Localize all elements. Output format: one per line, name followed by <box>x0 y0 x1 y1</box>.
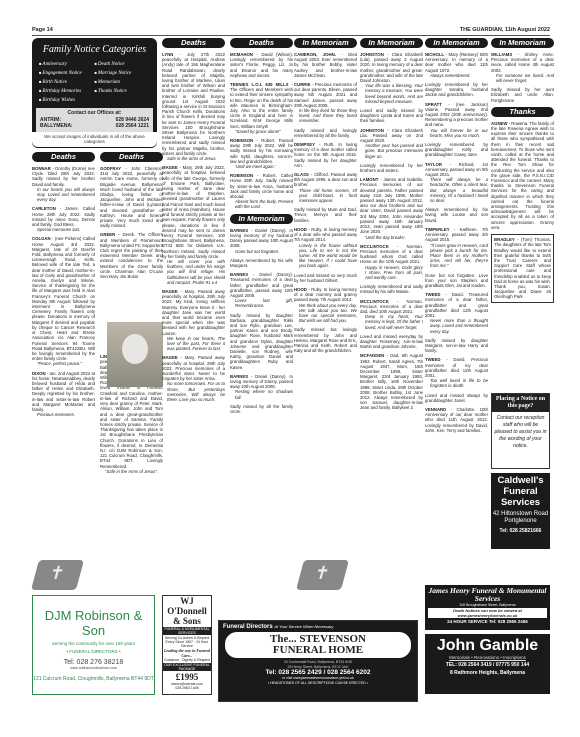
notice: Sadly missed and lovingly remembered by … <box>294 128 357 138</box>
notice-text: Loved and missed so very much by her hus… <box>294 273 357 283</box>
section-header-deaths: Deaths <box>100 152 163 162</box>
ad-caldwell: Caldwell's Funeral Services 42 Hiltonsto… <box>491 473 550 549</box>
ad-address: 100 Broughshane Street, Ballymena <box>425 603 550 607</box>
notice: CARLETON - James. Called Home 28th July … <box>32 206 95 232</box>
ad-subtitle: FUNERAL & MONUMENTAL SERVICES <box>163 627 211 635</box>
notice-text: Loved and sadly missed by daughters Lynd… <box>360 108 423 123</box>
accept-note: We accept images of individuals in all o… <box>32 132 157 147</box>
notice: MCCLINTOCK - Norman. Precious memories o… <box>360 299 423 330</box>
notice-verse: Too well loved in life to be forgotten i… <box>425 378 488 388</box>
notice: GREER - Derek. The Officers and Members … <box>100 232 163 279</box>
notice: MCCLINTOCK - Norman. Precious memories o… <box>360 244 423 280</box>
notice: MAGEE - Mary. Passed away peacefully at … <box>162 289 225 351</box>
notice-verse: We keep in our hearts, The love of the p… <box>162 336 225 352</box>
notice: Lovingly remembered by her brothers and … <box>360 163 423 173</box>
notice: BARNES - Daniel (Danny). Treasured memor… <box>230 272 293 308</box>
notice-verse: Gone but not forgotten. <box>230 249 293 254</box>
notice-verse: Deep in my heart, Your memory is kept, O… <box>360 314 423 330</box>
category-item: Thanks Notice <box>95 87 151 96</box>
ad-services: Memorials • Renovations • Inscriptions <box>425 655 550 660</box>
notice-text: Gone but not forgotten. Love from your s… <box>425 273 488 288</box>
placing-title: Placing a Notice on this page? <box>492 394 549 412</box>
notice: Lovingly remembered and sadly missed by … <box>360 284 423 294</box>
notice: HOOD - Ruby. In loving memory of a dear … <box>294 287 357 323</box>
section-header-memoriam: In Memoriam <box>360 38 423 48</box>
notice: Sadly missed but lovingly remembered by … <box>294 327 357 353</box>
section-header-deaths: Deaths <box>162 38 225 48</box>
notice-text: - Dad, 6th August 1962. Robert, Sarah Ag… <box>360 353 423 410</box>
notice: WILLIAMS - Shirley Anne. Precious memori… <box>491 52 554 83</box>
notice: HOOD - Ruby. In loving memory of a dear … <box>294 227 357 269</box>
column-deaths-1: DeathsBONNAR - Dorothy (Dorrie) nee Clyd… <box>32 152 95 421</box>
notice-text: Always remembered by his wife Margaret. <box>230 258 293 268</box>
ad-djm-robinson: DJM Robinson & Son Serving the community… <box>32 595 155 695</box>
notice: JOHNSTON - Clara Elizabeth (Lila), passe… <box>360 52 423 104</box>
notice: TAYLOR - Richard. 1st Anniversary, passe… <box>425 162 488 204</box>
notice: DEMPSEY - Ruth. In loving memory of a de… <box>294 142 357 168</box>
ad-title: James Henry Funeral & Monumental Service… <box>425 585 550 603</box>
notice-text: - Mary. Passed away peacefully at hospit… <box>162 289 225 336</box>
notice-verse: In life they lived for those they loved,… <box>294 108 357 124</box>
section-header-deaths: Deaths <box>32 152 95 162</box>
ad-address: 42 Hiltonstown Road Portglenone <box>491 511 550 525</box>
category-item: Engagement Notice <box>39 69 95 78</box>
section-header: In Memoriam <box>230 214 293 224</box>
notice: SPRATT - (nee Jackson) Valerie. Passed a… <box>425 102 488 138</box>
ad-price: £1995 <box>163 672 211 682</box>
notice: BARNES - Daniel (Danny). In loving memor… <box>230 228 293 254</box>
notice: GODFRAY - John Clarence. 31st July 2022,… <box>100 166 163 228</box>
notice-verse: 'Until the day breaks'. <box>360 235 423 240</box>
notice-text: - Rowena. The family of the late Rowena … <box>491 121 554 230</box>
notice: Sadly missed by daughter Margaret, son-i… <box>425 338 488 354</box>
ballymena-label: BALLYMENA: <box>40 123 73 130</box>
notice: LYNN - July 27th 2022 peacefully at Hosp… <box>162 52 225 161</box>
ad-phone: 24 HOUR SERVICE Tel: 028 2565 2456 <box>425 619 550 624</box>
notice: Loved and missed always by granddaughter… <box>425 393 488 403</box>
ad-leading: Leading the way in Funeral Care... <box>163 648 211 658</box>
placing-notice-box: Placing a Notice on this page? Contact o… <box>491 393 550 469</box>
notice-verse: 'Until we meet again.' <box>230 164 293 169</box>
ad-serving: Serving Co Antrim & Beyond Every Since 1… <box>163 636 211 648</box>
categories-list: Anniversary Death Notice Engagement Noti… <box>36 60 153 105</box>
column-memoriam-3: In MemoriamNICHOLL - Mary (Ramsey) 50th … <box>425 38 488 437</box>
notice: JOHNSTON - Clara Elizabeth Lila. Passed … <box>360 128 423 159</box>
notice: Sadly missed by Mum and Dad, Trevor, Mer… <box>294 207 357 223</box>
notice-text: - (nee Pickens) Called Home August 3rd 2… <box>32 236 95 361</box>
notice-verse: Lonely is the house without you, Life to… <box>294 243 357 269</box>
ad-phone: 028 2563 1406 <box>163 686 211 690</box>
category-item: Marriage Notice <box>95 69 151 78</box>
notice-text: - Ian. 2nd August 2022 at his home, Newt… <box>32 371 95 412</box>
notice: MAGEE - Mary. Passed away peacefully at … <box>162 355 225 402</box>
notice-verse: Those old home scenes, Of your child-hoo… <box>294 188 357 204</box>
categories-title: Family Notice Categories <box>36 44 153 55</box>
ad-address: 121 Culcrum Road, Cloughmills, Ballymena… <box>33 676 154 683</box>
notice: TWEED - David. Treasured memories of a d… <box>425 292 488 334</box>
ad-phone: Tel: 028 25821666 <box>491 528 550 534</box>
ad-website: www.robinsonsofculcrum.com <box>33 666 154 670</box>
notice-text: Loved and missed everyday by daughter Ro… <box>360 334 423 349</box>
notice: MCMAHON - David (Wilson). Lovingly remem… <box>230 52 293 78</box>
notice-text: - (Tom) Thomas. The daughters of the lat… <box>494 237 551 299</box>
notice: TIMPERLEY - Kathleen. 7th Anniversary, p… <box>425 227 488 269</box>
bible-icon <box>296 560 349 590</box>
categories-box: Family Notice Categories Anniversary Dea… <box>32 38 157 148</box>
notice-verse: Your life was a blessing, Your memory a … <box>360 83 423 104</box>
notice-verse: Loves last gift, Remembrance. <box>230 298 293 308</box>
ad-banner-sub: At Your Service When Necessary <box>274 624 333 629</box>
bradley-notice: BRADLEY - (Tom) Thomas. The daughters of… <box>491 234 554 302</box>
notice: Loved and missed everyday by daughter Ro… <box>360 334 423 350</box>
ad-wj-odonnell: WJ O'Donnell & Sons FUNERAL & MONUMENTAL… <box>162 595 212 695</box>
notice-text: Lovingly remembered by granddaughter Kel… <box>425 142 488 157</box>
column-deaths-3: DeathsLYNN - July 27th 2022 peacefully a… <box>162 38 225 406</box>
notice: TEENIES L.O.L 635 MILLS - The Officers a… <box>230 82 293 134</box>
column-memoriam-4: In MemoriamWILLIAMS - Shirley Anne. Prec… <box>491 38 554 307</box>
page-header: Page 14 THE GUARDIAN, 11th August 2022 <box>32 27 550 36</box>
notice-verse: Never more than a thought away. Loved an… <box>425 318 488 334</box>
notice: DIXON - Ian. 2nd August 2022 at his home… <box>32 371 95 418</box>
column-deaths-4: DeathsMCMAHON - David (Wilson). Lovingly… <box>230 38 293 418</box>
notice: TWEED - David. Precious memories of my d… <box>425 357 488 388</box>
notice-text: Sadly missed and lovingly remembered by … <box>294 128 357 138</box>
notice: Loved and sadly missed by daughters Lynd… <box>360 108 423 124</box>
notice-verse: "Peace, perfect peace." <box>32 361 95 366</box>
notice: Lovingly remembered by granddaughter Kel… <box>425 142 488 158</box>
notice-text: Sadly missed by all the family circle. <box>230 404 293 414</box>
category-item: Anniversary <box>39 60 95 69</box>
notice: GLASS - Clifford. Passed away 8th August… <box>294 172 357 203</box>
paper-date: THE GUARDIAN, 11th August 2022 <box>460 27 550 33</box>
notice-verse: For someone we loved. And will never for… <box>491 73 554 83</box>
notice-text: - The Officers and Members wish to exten… <box>230 82 293 129</box>
category-item: Birthday Wishes <box>39 96 95 105</box>
notice: CURRIE - Precious memories of our dear p… <box>294 82 357 124</box>
notice: Sadly missed by daughter Barbara, grandd… <box>230 313 293 370</box>
notice-text: - July 27th 2022 peacefully at Hospital,… <box>162 52 225 156</box>
ad-name-box: The... STEVENSON FUNERAL HOME <box>225 632 411 658</box>
notice-verse: "Safe in the Arms of Jesus". <box>100 469 163 474</box>
notice-verse: We think about you every day. We talk ab… <box>294 303 357 324</box>
section-header-deaths: Deaths <box>230 38 293 48</box>
section-header-memoriam: In Memoriam <box>425 38 488 48</box>
notice-text: Sadly missed by daughter Margaret, son-i… <box>425 338 488 353</box>
bible-icon <box>31 560 84 590</box>
notice-verse: Absent form the body. Present with the L… <box>230 199 293 209</box>
section-header: Thanks <box>491 107 554 117</box>
notice-verse: Precious memories. <box>32 412 95 417</box>
notice-verse: Special memories last. <box>32 227 95 232</box>
notice-verse: He will cover you with feathers, And und… <box>162 259 225 285</box>
page-number: Page 14 <box>32 27 53 33</box>
ad-title: WJ O'Donnell & Sons <box>163 596 211 626</box>
notice-text: Lovingly remembered and sadly missed by … <box>360 284 423 294</box>
ad-phone: Tel: 028 2565 2429 / 028 2564 6202 <box>219 669 417 676</box>
ad-phone: TEL: 028 2564 3419 / 07775 950 144 <box>425 662 550 668</box>
ad-banner: Funeral Directors <box>223 624 273 630</box>
notice: MCFADDEN - Dad, 6th August 1962. Robert,… <box>360 353 423 410</box>
category-item: Birth Notice <box>39 78 95 87</box>
notice: AGNEW - Rowena. The family of the late R… <box>491 121 554 230</box>
notice-text: Loved and missed always by granddaughter… <box>425 393 488 403</box>
section-header-memoriam: In Memoriam <box>294 38 357 48</box>
ad-phone: Tel: 028 276 38218 <box>33 659 154 666</box>
notice-text: Sadly missed by Mum and Dad, Trevor, Mer… <box>294 207 357 222</box>
column-memoriam-1: In MemoriamCAMERON, JOHN. - Died August … <box>294 38 357 357</box>
notice: BONNAR - Dorothy (Dorrie) nee Clyde. Die… <box>32 166 95 202</box>
notice: COLGAN - (nee Pickens) Called Home Augus… <box>32 236 95 366</box>
ad-notice: Death Notices can now be viewed at www.j… <box>428 608 547 618</box>
notice: Sadly missed by her aunt Elizabeth and u… <box>491 87 554 103</box>
notice-verse: In our hearts you will always stay. Love… <box>32 187 95 203</box>
notice: Always remembered by his loving wife Lou… <box>425 207 488 223</box>
notice: ROBINSON - Robert. Called Home 29th July… <box>230 173 293 209</box>
ad-james-henry: James Henry Funeral & Monumental Service… <box>425 585 550 630</box>
notice-verse: No more tomorrows, For us to share, But … <box>162 381 225 402</box>
notice: Always remembered by his wife Margaret. <box>230 258 293 268</box>
column-memoriam-2: In MemoriamJOHNSTON - Clara Elizabeth (L… <box>360 38 423 415</box>
notice: BARNES - Daniel (Danny). In loving memor… <box>230 374 293 400</box>
ad-john-gamble: John Gamble Memorials • Renovations • In… <box>425 634 550 694</box>
ad-headstones: • HEADSTONES OF ALL DESCRIPTIONS CAN BE … <box>219 681 417 686</box>
ad-guidance: Guidance · Dignity & Respect <box>163 658 211 662</box>
notice-text: Lovingly remembered by her daughter Sand… <box>425 82 488 97</box>
portrait-photo <box>107 322 163 387</box>
notice: Lovingly remembered by her daughter Sand… <box>425 82 488 98</box>
notice-verse: Happy in Heaven, Gods glory I share, Fre… <box>360 265 423 281</box>
ballymena-phone: 028 2564 1221 <box>116 123 149 130</box>
notice-verse: Resting where no shadows fall. <box>230 389 293 399</box>
ad-tagline: Serving the community for over 150 years <box>33 641 154 646</box>
notice-text: - Clara Elizabeth (Lila), passed away 2 … <box>360 52 423 83</box>
ad-package: OUR EXCLUSIVE FUNERAL PACKAGE <box>163 663 211 671</box>
column-deaths-2: DeathsGODFRAY - John Clarence. 31st July… <box>100 152 163 478</box>
ad-stevenson: Funeral Directors At Your Service When N… <box>218 620 418 702</box>
notice-text: - James and Isabella. Precious memories … <box>360 177 423 234</box>
ad-service: • FUNERAL DIRECTORS • <box>33 649 154 654</box>
notice-verse: "If roses grow in Heaven, Lord please pi… <box>425 243 488 269</box>
ad-address: 8 Rathmore Heights, Ballymena <box>425 670 550 676</box>
contact-box: Contact our Offices at: ANTRIM:028 9446 … <box>36 108 153 132</box>
notice: Sadly missed by all the family circle. <box>230 404 293 414</box>
notice: ROBINSON - Robert. Passed away 29th July… <box>230 138 293 169</box>
notice: MAGEE - Mary. 29th July 2022, peacefully… <box>162 165 225 285</box>
notice-verse: Safe in the arms of Jesus. <box>162 156 225 161</box>
ad-title-2: FUNERAL HOME <box>225 645 411 656</box>
ad-title: Caldwell's Funeral Services <box>491 475 550 508</box>
section-header-memoriam: In Memoriam <box>491 38 554 48</box>
notice-verse: Always remembered. <box>425 73 488 78</box>
notice-text: Sadly missed by daughter Barbara, grandd… <box>230 313 293 370</box>
notice-verse: Another year has passed and gone, But pr… <box>360 143 423 159</box>
notice-text: - John Clarence. 31st July 2022, peacefu… <box>100 166 163 228</box>
notice-verse: "Saved by grace alone!" <box>230 129 293 134</box>
notice: LAMONT - James and Isabella. Precious me… <box>360 177 423 239</box>
notice: Gone but not forgotten. Love from your s… <box>425 273 488 289</box>
notice-text: Sadly missed by her aunt Elizabeth and u… <box>491 87 554 102</box>
notice-text: Lovingly remembered by her brothers and … <box>360 163 423 173</box>
notice: VENNARD - Charlotte. 10th Anniversary of… <box>425 407 488 433</box>
notice-text: - Derek. The Officers and Members of Par… <box>100 232 163 279</box>
notice-text: Always remembered by his loving wife Lou… <box>425 207 488 222</box>
category-item: Death Notice <box>95 60 151 69</box>
notice-text: - Mary. 29th July 2022, peacefully at ho… <box>162 165 225 258</box>
notice: NICHOLL - Mary (Ramsey) 50th Anniversary… <box>425 52 488 78</box>
category-item: Memoriam <box>95 78 151 87</box>
ad-title: John Gamble <box>425 636 550 655</box>
notice-verse: You will forever be in our hearts, Miss … <box>425 128 488 138</box>
notice: Loved and missed so very much by her hus… <box>294 273 357 283</box>
notice-text: Sadly missed but lovingly remembered by … <box>294 327 357 353</box>
ad-title: DJM Robinson & Son <box>33 608 154 638</box>
category-item: Birthday Memories <box>39 87 95 96</box>
notice-verse: There will always be a heartache, Often … <box>425 177 488 203</box>
placing-body: Contact our reception staff who will be … <box>492 412 549 453</box>
notice: CAMERON, JOHN. - Died August 2003. Ever … <box>294 52 357 78</box>
